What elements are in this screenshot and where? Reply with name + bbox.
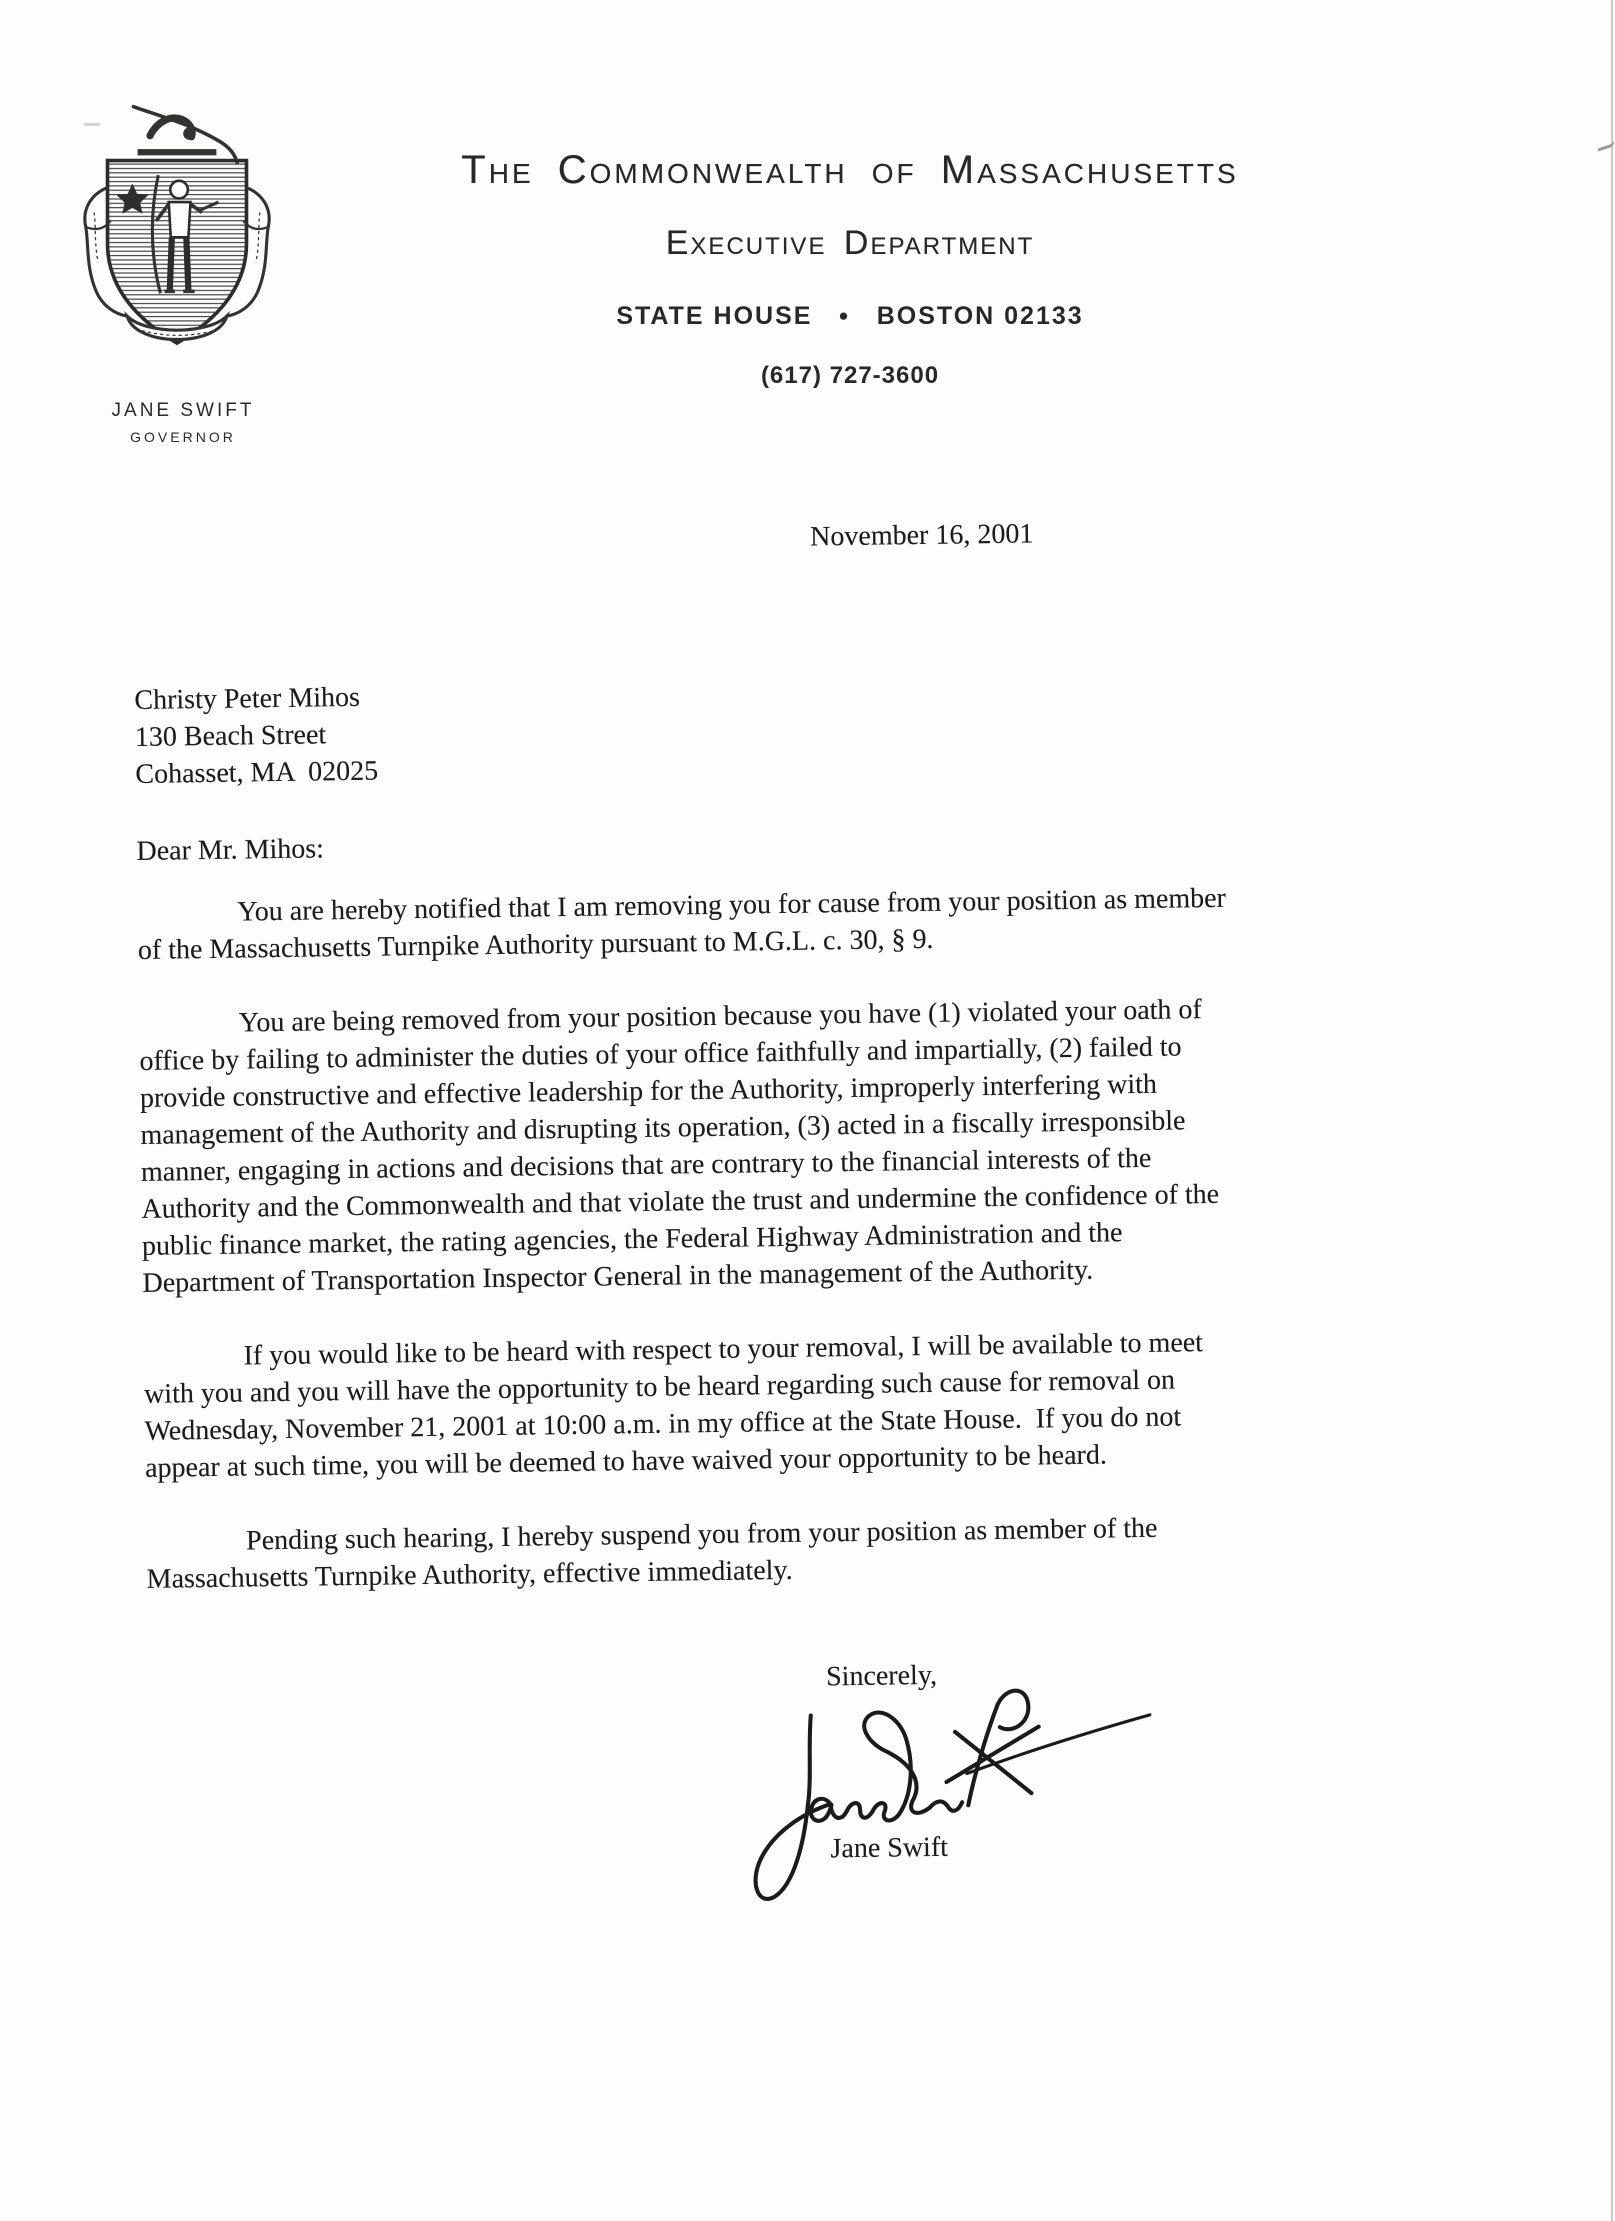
- recipient-address: Christy Peter Mihos 130 Beach Street Coh…: [134, 663, 1505, 793]
- paragraph-1: You are hereby notified that I am removi…: [137, 876, 1508, 969]
- jane-swift-signature-icon: [708, 1671, 1191, 1913]
- governor-name: JANE SWIFT: [58, 400, 308, 422]
- scan-dash: [84, 123, 100, 126]
- letterhead-department: Executive Department: [300, 224, 1400, 263]
- signer-name: Jane Swift: [830, 1829, 948, 1868]
- salutation: Dear Mr. Mihos:: [136, 814, 1506, 870]
- governor-block: JANE SWIFT GOVERNOR: [58, 400, 308, 445]
- massachusetts-state-seal-icon: [72, 88, 282, 368]
- letterhead-address-left: STATE HOUSE: [616, 302, 812, 330]
- bullet-icon: ●: [838, 306, 850, 325]
- letter-date: November 16, 2001: [810, 509, 1502, 556]
- letterhead-address: STATE HOUSE●BOSTON 02133: [300, 302, 1400, 331]
- paragraph-4: Pending such hearing, I hereby suspend y…: [146, 1505, 1517, 1598]
- scanned-letter-page: The Commonwealth of Massachusetts Execut…: [0, 0, 1615, 2221]
- letterhead-address-right: BOSTON 02133: [877, 302, 1084, 330]
- paragraph-3: If you would like to be heard with respe…: [143, 1320, 1515, 1487]
- letter-body: November 16, 2001 Christy Peter Mihos 13…: [132, 509, 1523, 2048]
- paragraph-2: You are being removed from your position…: [139, 987, 1513, 1302]
- letterhead-title: The Commonwealth of Massachusetts: [300, 148, 1400, 193]
- scan-edge-line: [1611, 0, 1613, 2221]
- governor-title: GOVERNOR: [58, 429, 308, 445]
- letterhead-phone: (617) 727-3600: [300, 362, 1400, 390]
